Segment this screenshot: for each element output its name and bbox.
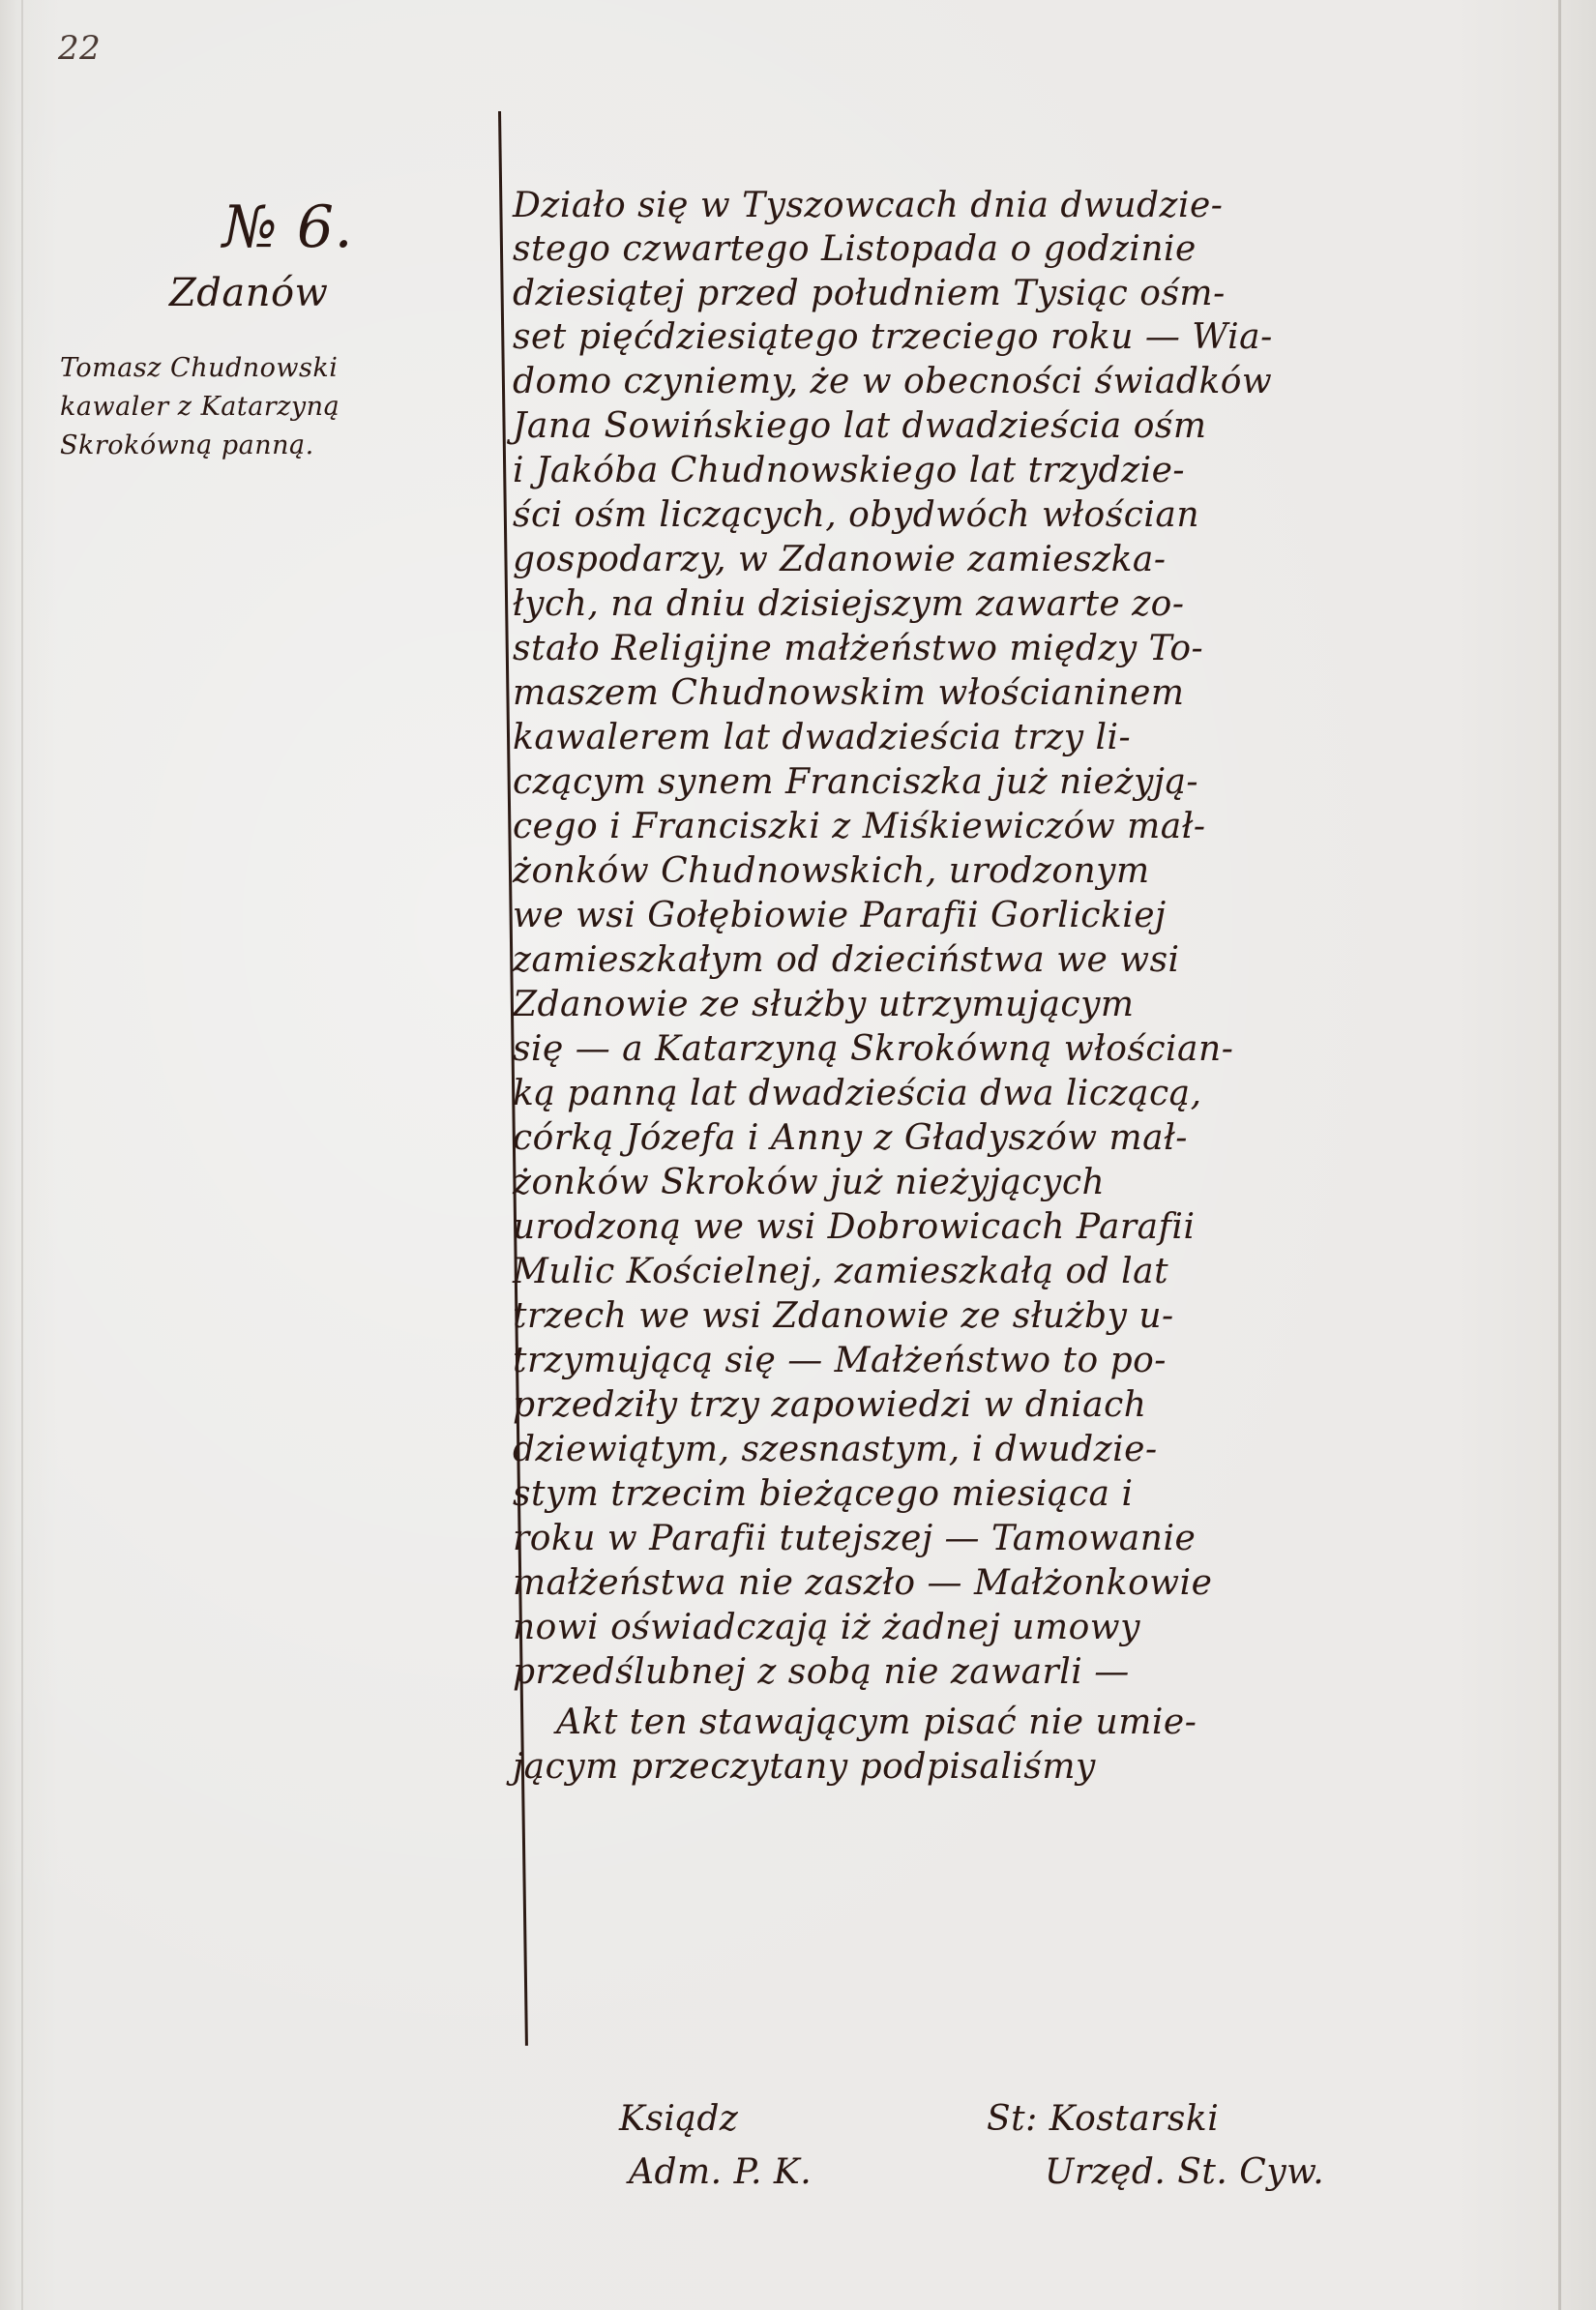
record-text-line: Działo się w Tyszowcach dnia dwudzie- <box>513 186 1223 225</box>
record-text-line: łych, na dniu dzisiejszym zawarte zo- <box>513 584 1184 624</box>
record-text-line: Zdanowie ze służby utrzymującym <box>513 985 1135 1024</box>
record-text-line: żonków Chudnowskich, urodzonym <box>513 851 1150 891</box>
entry-number: № 6. <box>222 193 353 261</box>
record-text-line: trzymującą się — Małżeństwo to po- <box>513 1341 1167 1380</box>
place-name: Zdanów <box>169 271 328 315</box>
record-text-line: trzech we wsi Zdanowie ze służby u- <box>513 1296 1174 1336</box>
record-text-line: ką panną lat dwadzieścia dwa liczącą, <box>513 1074 1202 1113</box>
margin-note-line: kawaler z Katarzyną <box>60 392 340 422</box>
record-text-line: maszem Chudnowskim włościaninem <box>513 673 1185 713</box>
record-text-line: i Jakóba Chudnowskiego lat trzydzie- <box>513 451 1185 490</box>
page-number: 22 <box>58 29 101 68</box>
manuscript-page: 22 № 6. Zdanów Tomasz Chudnowski kawaler… <box>0 0 1596 2310</box>
record-text-line: stym trzecim bieżącego miesiąca i <box>513 1474 1133 1514</box>
record-text-line: zamieszkałym od dzieciństwa we wsi <box>513 940 1180 980</box>
record-text-line: we wsi Gołębiowie Parafii Gorlickiej <box>513 896 1167 935</box>
page-edge-line <box>1558 0 1561 2310</box>
record-text-line: nowi oświadczają iż żadnej umowy <box>513 1608 1140 1647</box>
record-text-line: stego czwartego Listopada o godzinie <box>513 229 1197 269</box>
record-text-line: urodzoną we wsi Dobrowicach Parafii <box>513 1207 1195 1247</box>
margin-note-line: Tomasz Chudnowski <box>60 353 338 383</box>
record-text-line: Jana Sowińskiego lat dwadzieścia ośm <box>513 406 1207 446</box>
record-text-line: Mulic Kościelnej, zamieszkałą od lat <box>513 1252 1168 1291</box>
record-text-line: przedziły trzy zapowiedzi w dniach <box>513 1385 1147 1425</box>
record-text-line: roku w Parafii tutejszej — Tamowanie <box>513 1519 1196 1558</box>
record-text-line: cego i Franciszki z Miśkiewiczów mał- <box>513 807 1206 846</box>
record-text-line: przedślubnej z sobą nie zawarli — <box>513 1652 1130 1692</box>
page-fold-line <box>21 0 23 2310</box>
record-text-line: córką Józefa i Anny z Gładyszów mał- <box>513 1118 1188 1158</box>
record-text-line: gospodarzy, w Zdanowie zamieszka- <box>513 540 1167 579</box>
record-text-line: domo czyniemy, że w obecności świadków <box>513 362 1272 401</box>
record-text-line: jącym przeczytany podpisaliśmy <box>513 1747 1096 1787</box>
record-text-line: się — a Katarzyną Skrokówną włościan- <box>513 1029 1233 1069</box>
record-text-line: żonków Skroków już nieżyjących <box>513 1163 1105 1202</box>
record-text-line: kawalerem lat dwadzieścia trzy li- <box>513 718 1131 757</box>
record-text-line: stało Religijne małżeństwo między To- <box>513 629 1203 668</box>
record-text-line: Akt ten stawającym pisać nie umie- <box>556 1703 1197 1742</box>
record-text-line: małżeństwa nie zaszło — Małżonkowie <box>513 1563 1212 1603</box>
record-text-line: ści ośm liczących, obydwóch włościan <box>513 495 1199 535</box>
signature-priest-name: St: Kostarski <box>987 2099 1219 2139</box>
signature-admin-title: Adm. P. K. <box>629 2152 812 2192</box>
signature-priest-title: Ksiądz <box>619 2099 738 2139</box>
record-text-line: czącym synem Franciszka już nieżyją- <box>513 762 1198 802</box>
record-text-line: dziewiątym, szesnastym, i dwudzie- <box>513 1430 1158 1469</box>
signature-office-title: Urzęd. St. Cyw. <box>1045 2152 1324 2192</box>
record-text-line: dziesiątej przed południem Tysiąc ośm- <box>513 274 1226 313</box>
record-text-line: set pięćdziesiątego trzeciego roku — Wia… <box>513 317 1273 357</box>
margin-note-line: Skrokówną panną. <box>60 430 314 460</box>
